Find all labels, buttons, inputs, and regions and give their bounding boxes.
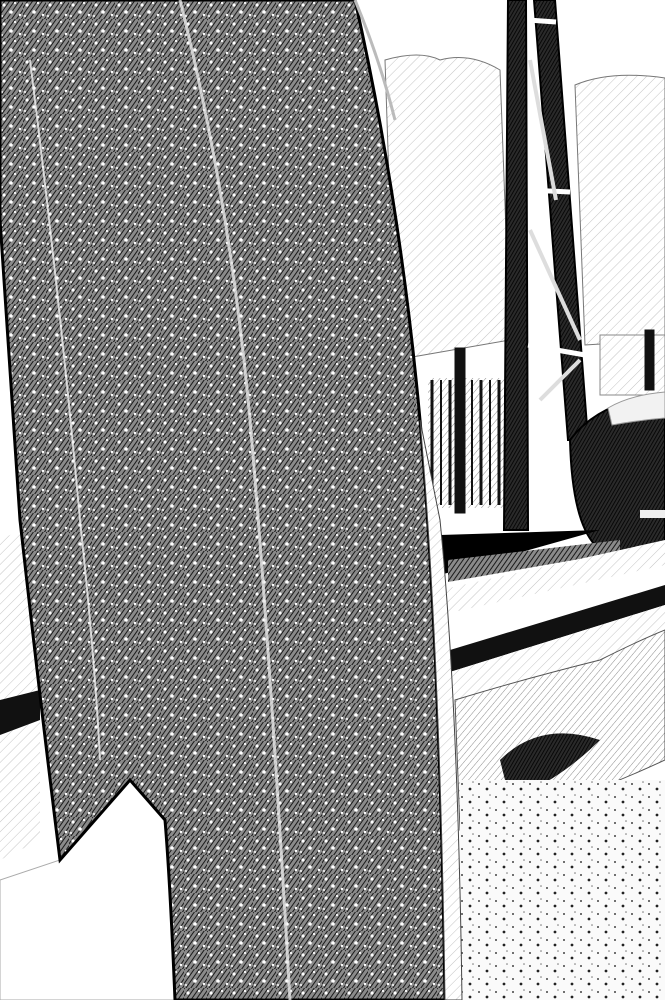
ground	[460, 780, 665, 1000]
sketch-scene	[0, 0, 665, 1000]
sketch-illustration	[0, 0, 665, 1000]
